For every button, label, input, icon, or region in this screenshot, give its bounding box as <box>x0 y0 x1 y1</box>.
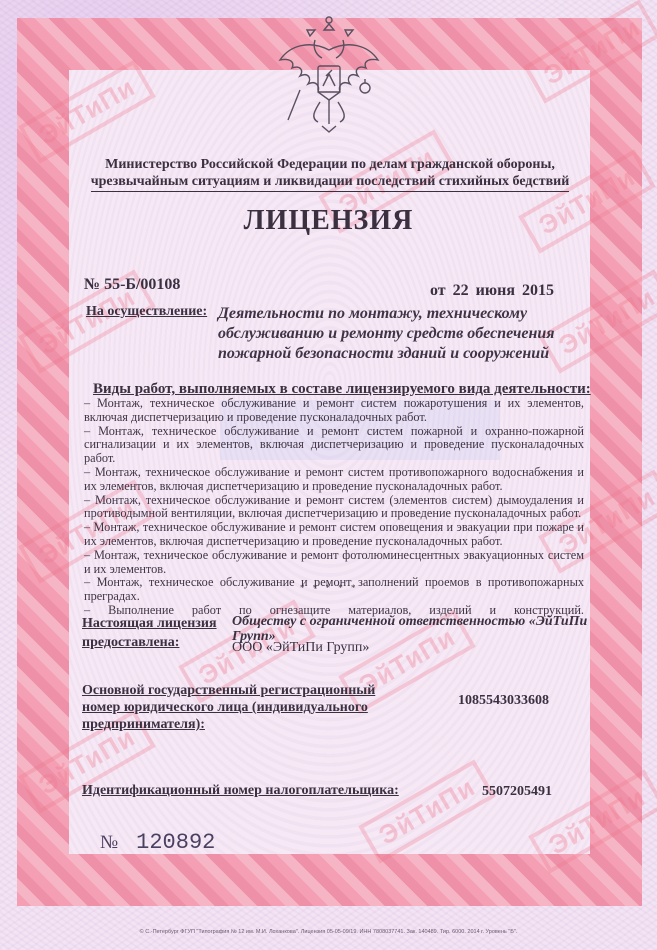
serial-value: 120892 <box>136 830 215 855</box>
coat-of-arms-icon <box>270 10 388 135</box>
printer-imprint: © С.-Петербург ФГУП "Типография № 12 им.… <box>0 929 657 935</box>
document-title: ЛИЦЕНЗИЯ <box>0 205 657 237</box>
work-item: – Монтаж, техническое обслуживание и рем… <box>84 397 584 425</box>
licensee-short-name: ООО «ЭйТиПи Групп» <box>232 640 369 656</box>
granted-label-line-1: Настоящая лицензия <box>82 614 217 633</box>
ogrn-value: 1085543033608 <box>458 693 549 709</box>
inn-label: Идентификационный номер налогоплательщик… <box>82 783 399 799</box>
ogrn-label: Основной государственный регистрационный… <box>82 682 392 733</box>
serial-prefix: № <box>100 832 118 853</box>
work-item: – Монтаж, техническое обслуживание и рем… <box>84 549 584 577</box>
separator-stars: * * * * * <box>300 583 359 593</box>
inn-value: 5507205491 <box>482 784 552 800</box>
ministry-line-2: чрезвычайным ситуациям и ликвидации посл… <box>91 173 570 192</box>
purpose-label: На осуществление: <box>86 304 207 320</box>
work-item: – Монтаж, техническое обслуживание и рем… <box>84 425 584 466</box>
purpose-text: Деятельности по монтажу, техническому об… <box>218 304 568 364</box>
work-item: – Монтаж, техническое обслуживание и рем… <box>84 521 584 549</box>
work-item: – Монтаж, техническое обслуживание и рем… <box>84 466 584 494</box>
license-number: № 55-Б/00108 <box>84 276 180 294</box>
work-item: – Монтаж, техническое обслуживание и рем… <box>84 494 584 522</box>
form-serial-number: №120892 <box>100 830 215 855</box>
granted-label-line-2: предоставлена: <box>82 633 217 652</box>
ministry-header: Министерство Российской Федерации по дел… <box>60 156 600 192</box>
ministry-line-1: Министерство Российской Федерации по дел… <box>60 156 600 173</box>
granted-label: Настоящая лицензия предоставлена: <box>82 614 217 652</box>
license-document: ЭйТиПи ЭйТиПи ЭйТиПи ЭйТиПи ЭйТиПи ЭйТиП… <box>0 0 657 950</box>
license-date: от 22 июня 2015 <box>430 282 554 300</box>
